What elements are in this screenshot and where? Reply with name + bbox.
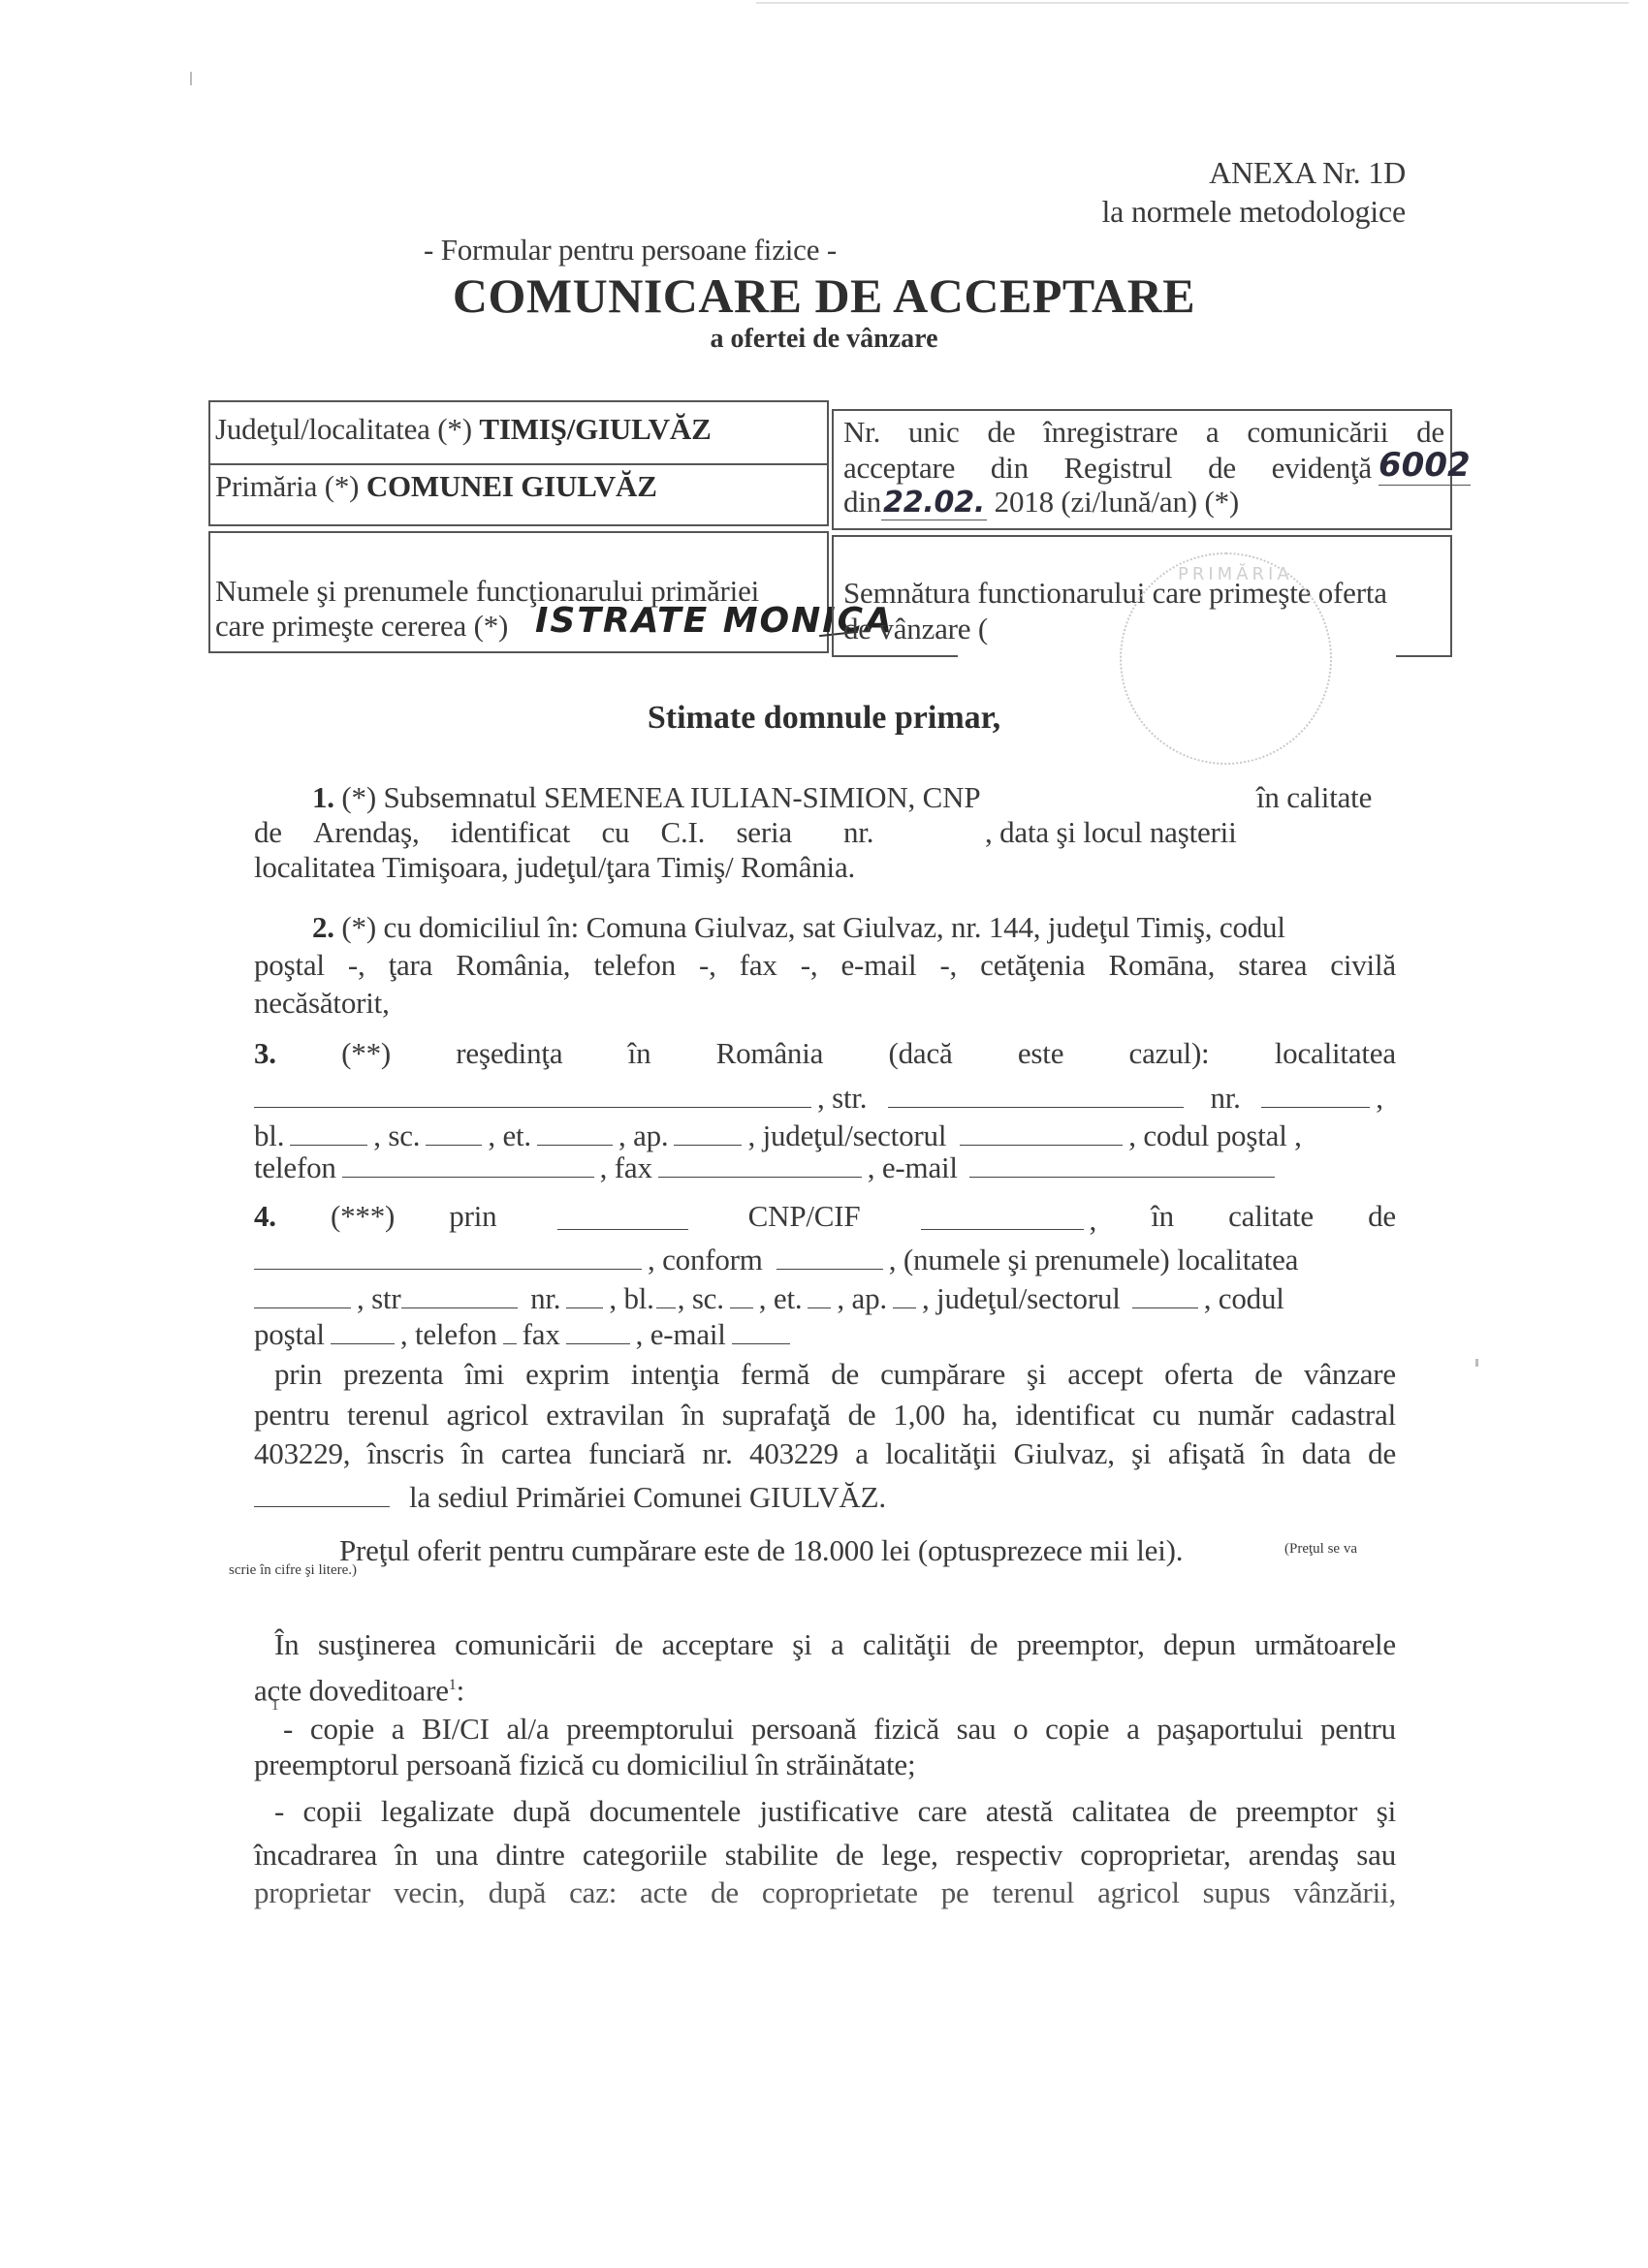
label: , codul bbox=[1204, 1281, 1284, 1315]
register-word: unic bbox=[908, 415, 960, 450]
word: e-mail bbox=[840, 948, 916, 983]
block-blank[interactable] bbox=[656, 1277, 676, 1308]
word: în bbox=[1151, 1199, 1174, 1238]
page-title: COMUNICARE DE ACCEPTARE bbox=[0, 268, 1648, 324]
label: , e-mail bbox=[868, 1150, 958, 1184]
register-word: de bbox=[988, 415, 1016, 450]
word: starea bbox=[1238, 948, 1307, 983]
label: , conform bbox=[648, 1243, 763, 1276]
postal-code-blank[interactable] bbox=[331, 1313, 395, 1344]
label: nr. bbox=[530, 1281, 560, 1315]
scan-edge bbox=[756, 2, 1629, 4]
doc-2-line-2: încadrarea în una dintre categoriile sta… bbox=[254, 1838, 1396, 1873]
word: localitatea bbox=[1275, 1036, 1396, 1071]
doc-1-mark: 1 bbox=[271, 1698, 279, 1715]
price-text: Preţul oferit pentru cumpărare este de 1… bbox=[339, 1533, 1183, 1568]
register-word: evidenţă bbox=[1272, 451, 1372, 486]
register-word: comunicării bbox=[1247, 415, 1388, 450]
label: nr. bbox=[1210, 1081, 1240, 1115]
label: , bl. bbox=[609, 1281, 653, 1315]
register-year: 2018 (zi/lună/an) (*) bbox=[995, 485, 1239, 519]
apartment-blank[interactable] bbox=[893, 1277, 916, 1308]
register-word: Nr. bbox=[843, 415, 880, 450]
word: , bbox=[1090, 1203, 1097, 1237]
locality-blank[interactable] bbox=[254, 1077, 811, 1108]
label: , sc. bbox=[678, 1281, 724, 1315]
section-number: 4. bbox=[254, 1199, 276, 1238]
label: , et. bbox=[759, 1281, 803, 1315]
label: , fax bbox=[600, 1150, 652, 1184]
section-4-line-1: 4. (***) prin CNP/CIF , în calitate de bbox=[254, 1199, 1396, 1238]
phone-blank[interactable] bbox=[342, 1147, 594, 1178]
section-2-line-3: necăsătorit, bbox=[254, 986, 390, 1021]
register-line-1: Nr. unic de înregistrare a comunicării d… bbox=[843, 415, 1444, 450]
street-blank[interactable] bbox=[888, 1077, 1184, 1108]
section-1-birth: , data şi locul naşterii bbox=[985, 815, 1237, 850]
text: (*) cu domiciliul în: Comuna Giulvaz, sa… bbox=[341, 910, 1284, 944]
section-3-line-4: telefon, fax, e-mail bbox=[254, 1147, 1281, 1185]
county-label: Judeţul/localitatea (*) bbox=[215, 412, 472, 446]
section-1-line-2: de Arendaş, identificat cu C.I. seria bbox=[254, 815, 792, 850]
salutation: Stimate domnule primar, bbox=[0, 700, 1648, 737]
staircase-blank[interactable] bbox=[730, 1277, 753, 1308]
label: , bbox=[1376, 1081, 1383, 1115]
official-label-2: care primeşte cererea (*) bbox=[215, 609, 508, 644]
form-type: - Formular pentru persoane fizice - bbox=[0, 233, 1260, 268]
section-number: 2. bbox=[312, 910, 334, 944]
floor-blank[interactable] bbox=[537, 1115, 613, 1146]
support-line-2: acte doveditoare1: bbox=[254, 1668, 464, 1708]
word: (***) bbox=[331, 1199, 395, 1238]
word: cazul): bbox=[1129, 1036, 1210, 1071]
price-note-b: scrie în cifre şi litere.) bbox=[229, 1562, 357, 1579]
label: poştal bbox=[254, 1317, 325, 1351]
word: ţara bbox=[389, 948, 433, 983]
label: , (numele şi prenumele) localitatea bbox=[889, 1243, 1299, 1276]
doc-1-line-2: preemptorul persoană fizică cu domiciliu… bbox=[254, 1748, 915, 1782]
word: identificat bbox=[451, 815, 570, 850]
section-number: 3. bbox=[254, 1036, 276, 1071]
staircase-blank[interactable] bbox=[426, 1115, 482, 1146]
townhall-label: Primăria (*) bbox=[215, 469, 359, 503]
text: (*) Subsemnatul SEMENEA IULIAN-SIMION, C… bbox=[341, 780, 980, 814]
offer-line-2: pentru terenul agricol extravilan în sup… bbox=[254, 1398, 1396, 1433]
apartment-blank[interactable] bbox=[674, 1115, 742, 1146]
according-blank[interactable] bbox=[776, 1239, 883, 1270]
word: Arendaş, bbox=[313, 815, 419, 850]
word: -, bbox=[939, 948, 957, 983]
word: Romāna, bbox=[1109, 948, 1216, 983]
page-subtitle: a ofertei de vânzare bbox=[0, 324, 1648, 355]
via-blank[interactable] bbox=[557, 1199, 688, 1230]
section-4-line-3: , str nr., bl., sc., et., ap., judeţul/s… bbox=[254, 1277, 1284, 1316]
register-word: a bbox=[1206, 415, 1220, 450]
word: prin bbox=[449, 1199, 496, 1238]
email-blank[interactable] bbox=[969, 1147, 1275, 1178]
word: cu bbox=[601, 815, 629, 850]
word: telefon bbox=[593, 948, 676, 983]
word: de bbox=[1368, 1199, 1396, 1238]
doc-1-line-1: - copie a BI/CI al/a preemptorului perso… bbox=[283, 1712, 1396, 1747]
word: (dacă bbox=[888, 1036, 952, 1071]
text: acte doveditoare bbox=[254, 1673, 449, 1707]
word: civilă bbox=[1330, 948, 1396, 983]
section-number: 1. bbox=[312, 780, 334, 814]
section-4-line-2: , conform, (numele şi prenumele) localit… bbox=[254, 1239, 1298, 1277]
register-word: Registrul bbox=[1064, 451, 1173, 486]
email-blank[interactable] bbox=[732, 1313, 790, 1344]
number-blank[interactable] bbox=[1261, 1077, 1370, 1108]
word: (**) bbox=[341, 1036, 391, 1071]
section-2-line-1: 2. (*) cu domiciliul în: Comuna Giulvaz,… bbox=[312, 910, 1285, 945]
cnp-cif-blank[interactable] bbox=[921, 1199, 1084, 1230]
register-word: din bbox=[991, 451, 1029, 486]
label: fax bbox=[523, 1317, 560, 1351]
street-blank[interactable] bbox=[401, 1277, 518, 1308]
section-3-line-2: , str. nr. , bbox=[254, 1077, 1383, 1116]
price-note-a: (Preţul se va bbox=[1284, 1541, 1357, 1558]
word: seria bbox=[736, 815, 792, 850]
word: România bbox=[716, 1036, 824, 1071]
townhall-value: COMUNEI GIULVĂZ bbox=[366, 469, 657, 503]
word: cetăţenia bbox=[980, 948, 1085, 983]
word: CNP/CIF bbox=[748, 1199, 861, 1238]
capacity-blank[interactable] bbox=[254, 1239, 642, 1270]
section-3-line-1: 3. (**) reşedinţa în România (dacă este … bbox=[254, 1036, 1396, 1071]
offer-line-4: la sediul Primăriei Comunei GIULVĂZ. bbox=[254, 1476, 886, 1515]
register-word: de bbox=[1416, 415, 1444, 450]
block-blank[interactable] bbox=[290, 1115, 367, 1146]
label: , str bbox=[357, 1281, 401, 1315]
offer-line-1: prin prezenta îmi exprim intenţia fermă … bbox=[274, 1357, 1396, 1392]
word: -, bbox=[348, 948, 365, 983]
number-blank[interactable] bbox=[566, 1277, 603, 1308]
register-word: înregistrare bbox=[1043, 415, 1178, 450]
doc-2-line-1: - copii legalizate după documentele just… bbox=[274, 1794, 1396, 1829]
floor-blank[interactable] bbox=[808, 1277, 831, 1308]
county-value: TIMIŞ/GIULVĂZ bbox=[479, 412, 711, 446]
register-date: 22.02. bbox=[881, 486, 987, 520]
doc-2-line-3: proprietar vecin, după caz: acte de copr… bbox=[254, 1875, 1396, 1910]
word: calitate bbox=[1228, 1199, 1314, 1238]
annex-subtitle: la normele metodologice bbox=[1101, 194, 1406, 229]
word: -, bbox=[801, 948, 818, 983]
fax-blank[interactable] bbox=[566, 1313, 630, 1344]
support-line-1: În susţinerea comunicării de acceptare ş… bbox=[274, 1627, 1396, 1662]
register-word: de bbox=[1208, 451, 1236, 486]
label: , e-mail bbox=[636, 1317, 726, 1351]
text: : bbox=[457, 1673, 464, 1707]
section-1-line-3: localitatea Timişoara, judeţul/ţara Timi… bbox=[254, 850, 855, 885]
locality-blank[interactable] bbox=[254, 1277, 351, 1308]
section-1-capacity: în calitate bbox=[1256, 780, 1372, 815]
word: -, bbox=[699, 948, 716, 983]
register-date-line: din22.02. 2018 (zi/lună/an) (*) bbox=[843, 485, 1239, 520]
townhall-field: Primăria (*) COMUNEI GIULVĂZ bbox=[215, 469, 657, 504]
word: reşedinţa bbox=[456, 1036, 562, 1071]
label: , judeţul/sectorul bbox=[922, 1281, 1121, 1315]
offer-line-3: 403229, înscris în cartea funciară nr. 4… bbox=[254, 1436, 1396, 1471]
county-blank[interactable] bbox=[1132, 1277, 1198, 1308]
register-din: din bbox=[843, 485, 881, 519]
stamp-text: PRIMĂRIA bbox=[1178, 564, 1293, 584]
scan-speck bbox=[190, 72, 192, 85]
word: poştal bbox=[254, 948, 325, 983]
scan-speck bbox=[1475, 1359, 1478, 1367]
register-number: 6002 bbox=[1379, 446, 1471, 486]
word: este bbox=[1018, 1036, 1063, 1071]
signature-label-2: de vânzare ( bbox=[843, 612, 988, 646]
word: fax bbox=[740, 948, 777, 983]
label: telefon bbox=[254, 1150, 336, 1184]
label: , str. bbox=[817, 1081, 867, 1115]
word: de bbox=[254, 815, 282, 850]
register-word: acceptare bbox=[843, 451, 955, 486]
phone-blank[interactable] bbox=[503, 1313, 517, 1344]
label: , telefon bbox=[400, 1317, 497, 1351]
word: C.I. bbox=[661, 815, 706, 850]
register-line-2: acceptare din Registrul de evidenţă bbox=[843, 451, 1372, 486]
display-date-blank[interactable] bbox=[254, 1476, 390, 1507]
text: la sediul Primăriei Comunei GIULVĂZ. bbox=[409, 1480, 886, 1514]
section-2-line-2: poştal -, ţara România, telefon -, fax -… bbox=[254, 948, 1396, 983]
footnote-mark: 1 bbox=[449, 1677, 457, 1693]
section-1-line-1: 1. (*) Subsemnatul SEMENEA IULIAN-SIMION… bbox=[312, 780, 980, 815]
section-4-line-4: poştal, telefonfax, e-mail bbox=[254, 1313, 796, 1352]
section-1-nr: nr. bbox=[843, 815, 873, 850]
county-blank[interactable] bbox=[960, 1115, 1123, 1146]
annex-number: ANEXA Nr. 1D bbox=[1209, 155, 1406, 190]
fax-blank[interactable] bbox=[658, 1147, 862, 1178]
label: , ap. bbox=[837, 1281, 887, 1315]
county-field: Judeţul/localitatea (*) TIMIŞ/GIULVĂZ bbox=[215, 412, 712, 447]
word: România, bbox=[456, 948, 570, 983]
word: în bbox=[628, 1036, 651, 1071]
